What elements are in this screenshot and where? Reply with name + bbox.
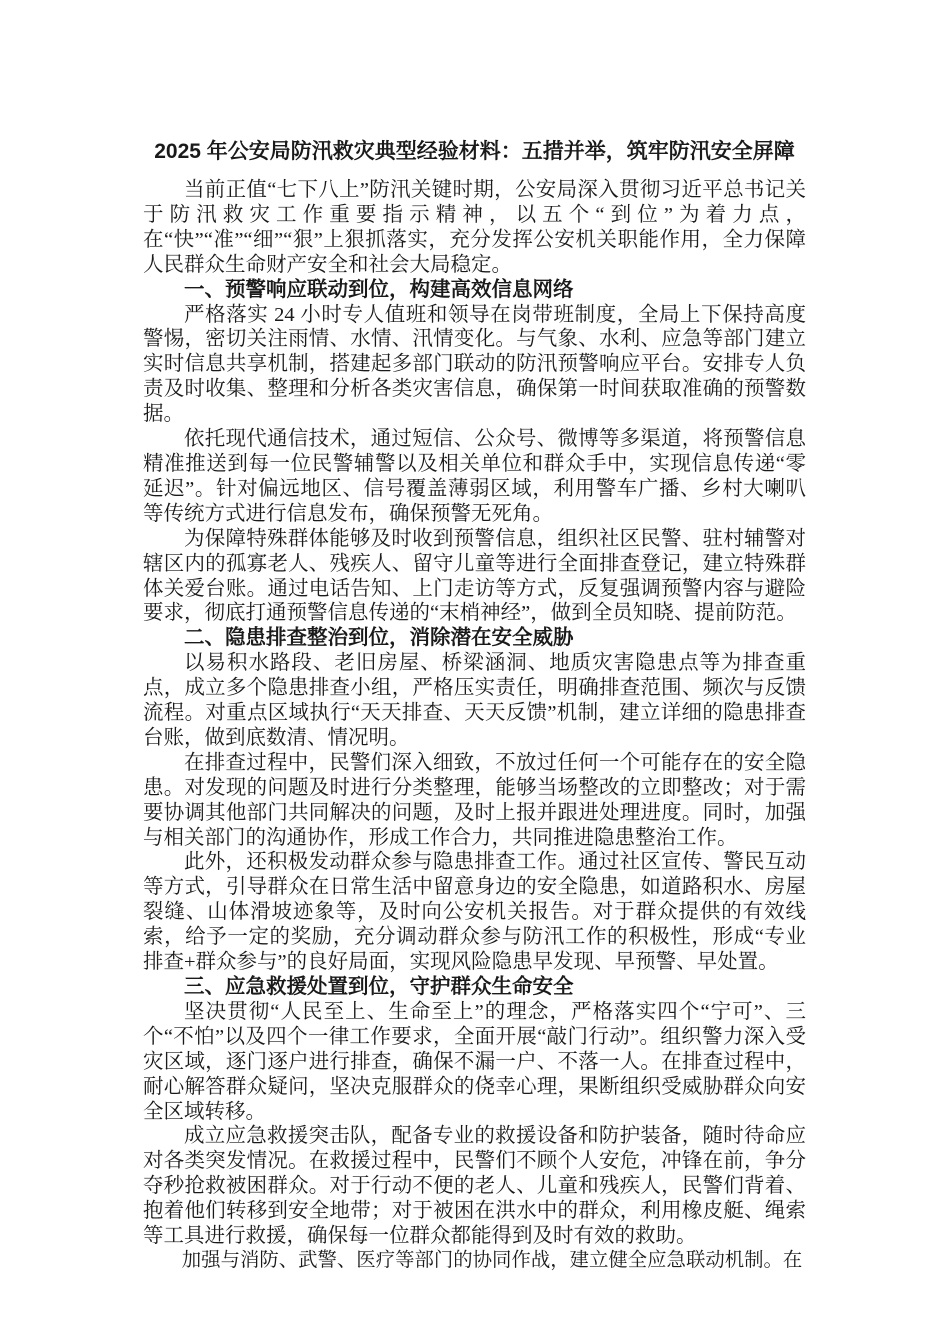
paragraph-intro: 当前正值“七下八上”防汛关键时期，公安局深入贯彻习近平总书记关于防汛救灾工作重要… bbox=[143, 178, 806, 278]
paragraph: 在排查过程中，民警们深入细致，不放过任何一个可能存在的安全隐患。对发现的问题及时… bbox=[143, 751, 806, 851]
paragraph: 以易积水路段、老旧房屋、桥梁涵洞、地质灾害隐患点等为排查重点，成立多个隐患排查小… bbox=[143, 651, 806, 751]
paragraph: 为保障特殊群体能够及时收到预警信息，组织社区民警、驻村辅警对辖区内的孤寡老人、残… bbox=[143, 527, 806, 627]
section-heading-3: 三、应急救援处置到位，守护群众生命安全 bbox=[143, 975, 806, 1000]
section-heading-1: 一、预警响应联动到位，构建高效信息网络 bbox=[143, 278, 806, 303]
paragraph: 此外，还积极发动群众参与隐患排查工作。通过社区宣传、警民互动等方式，引导群众在日… bbox=[143, 850, 806, 975]
section-heading-2: 二、隐患排查整治到位，消除潜在安全威胁 bbox=[143, 626, 806, 651]
paragraph: 成立应急救援突击队，配备专业的救援设备和防护装备，随时待命应对各类突发情况。在救… bbox=[143, 1124, 806, 1249]
paragraph: 依托现代通信技术，通过短信、公众号、微博等多渠道，将预警信息精准推送到每一位民警… bbox=[143, 427, 806, 527]
paragraph-truncated-at-page-bottom: 加强与消防、武警、医疗等部门的协同作战，建立健全应急联动机制。在 bbox=[143, 1249, 806, 1274]
document-page: 2025 年公安局防汛救灾典型经验材料：五措并举，筑牢防汛安全屏障 当前正值“七… bbox=[0, 0, 950, 1344]
document-title: 2025 年公安局防汛救灾典型经验材料：五措并举，筑牢防汛安全屏障 bbox=[143, 139, 806, 164]
paragraph: 严格落实 24 小时专人值班和领导在岗带班制度，全局上下保持高度警惕，密切关注雨… bbox=[143, 303, 806, 428]
paragraph: 坚决贯彻“人民至上、生命至上”的理念，严格落实四个“宁可”、三个“不怕”以及四个… bbox=[143, 1000, 806, 1125]
